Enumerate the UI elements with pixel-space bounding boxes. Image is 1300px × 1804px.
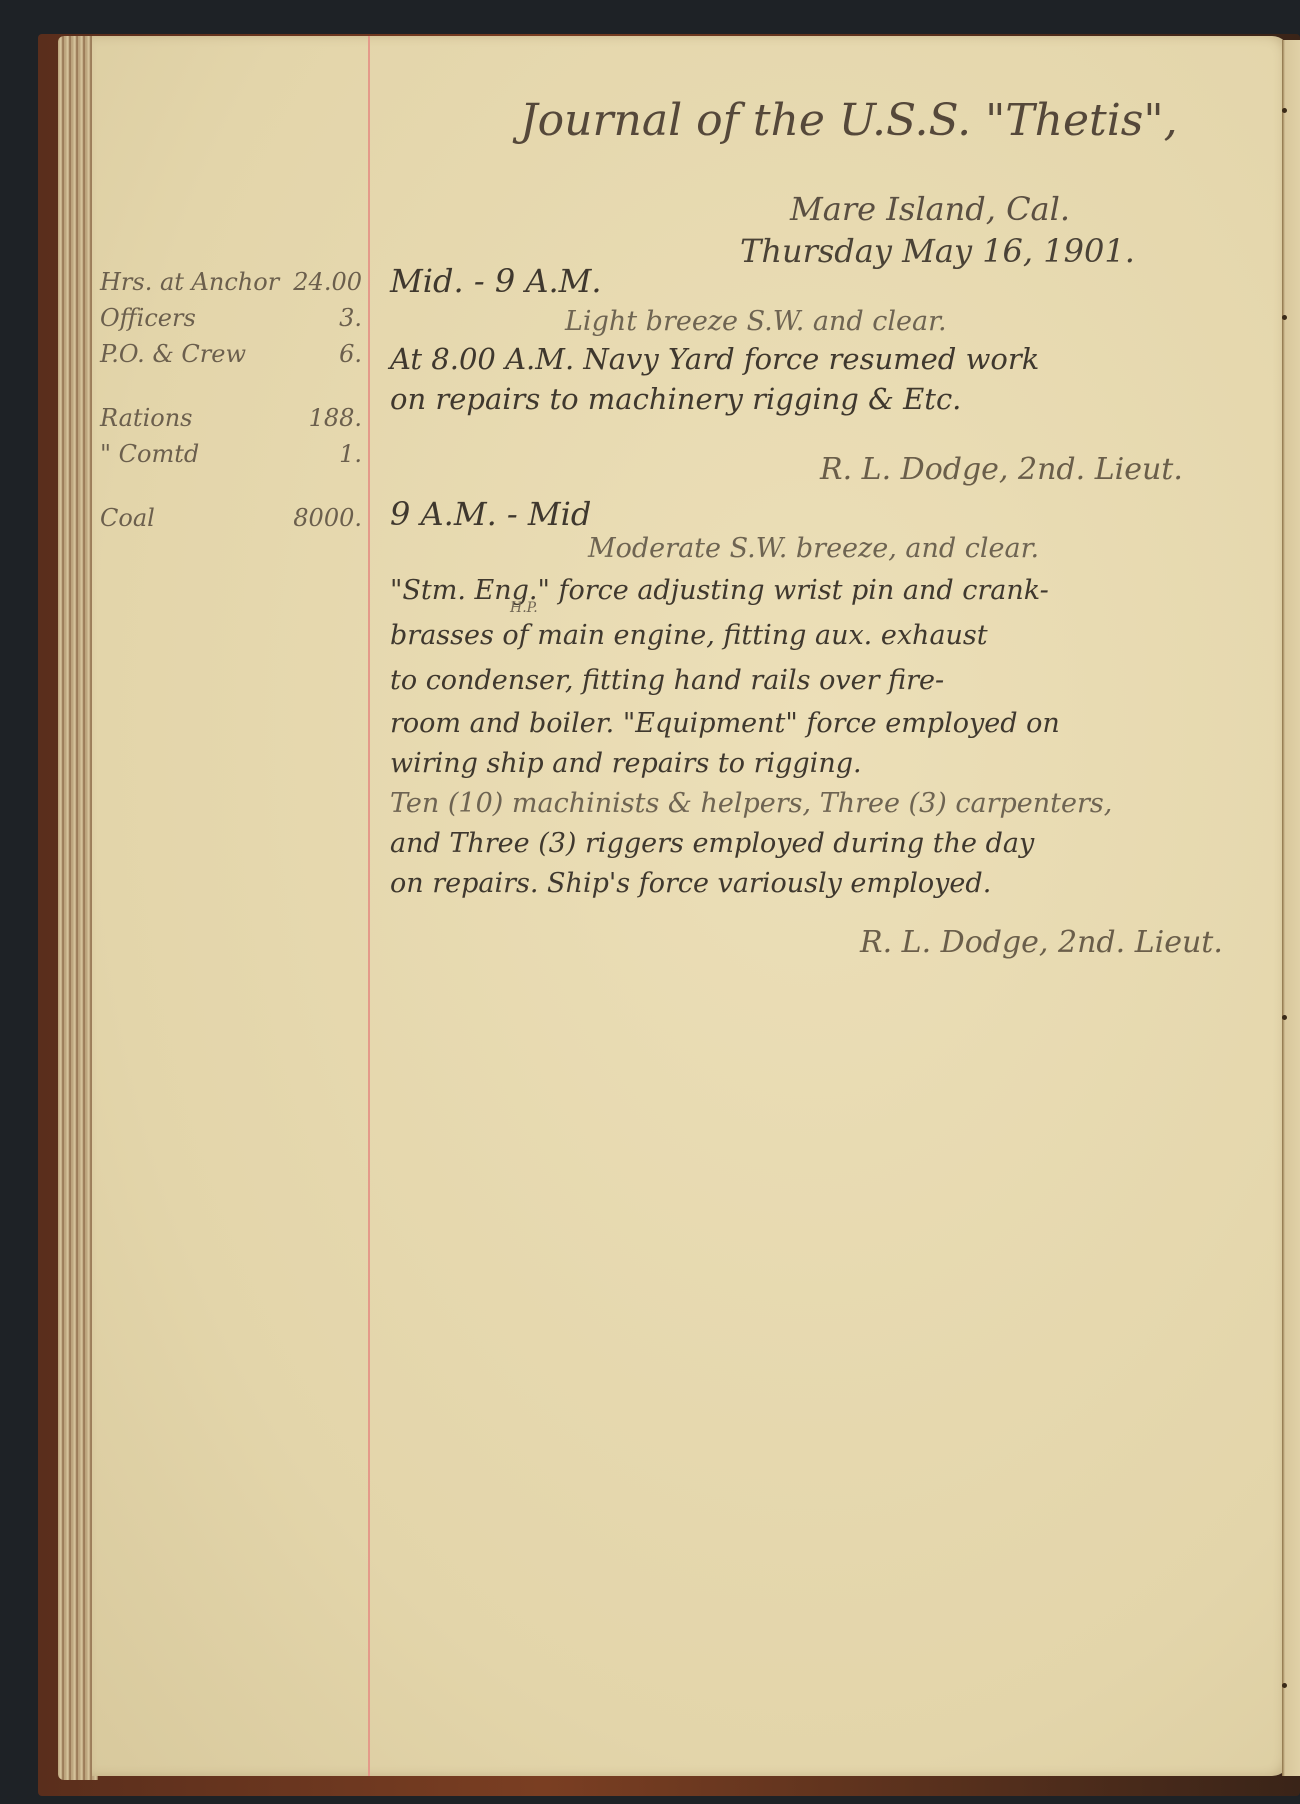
binding-stitch: [1282, 108, 1287, 113]
entry-line: Ten (10) machinists & helpers, Three (3)…: [390, 788, 1112, 819]
entry-line: to condenser, fitting hand rails over fi…: [390, 665, 944, 696]
watch-heading: Mid. - 9 A.M.: [390, 262, 602, 300]
signature: R. L. Dodge, 2nd. Lieut.: [820, 452, 1183, 487]
tally-value: 8000.: [293, 504, 362, 532]
tally-label: Officers: [100, 304, 196, 332]
tally-label: " Comtd: [100, 440, 199, 468]
insert-note: H.P.: [510, 600, 538, 616]
tally-row: Rations 188.: [100, 404, 362, 440]
tally-label: Hrs. at Anchor: [100, 268, 279, 296]
watch-heading: 9 A.M. - Mid: [390, 495, 591, 533]
tally-row: Hrs. at Anchor 24.00: [100, 268, 362, 304]
entry-line: on repairs. Ship's force variously emplo…: [390, 868, 991, 899]
entry-line: brasses of main engine, fitting aux. exh…: [390, 620, 988, 651]
entry-line: wiring ship and repairs to rigging.: [390, 748, 862, 779]
entry-line: "Stm. Eng." force adjusting wrist pin an…: [390, 575, 1049, 606]
tally-value: 3.: [339, 304, 362, 332]
binding-stitch: [1282, 1683, 1287, 1688]
tally-label: P.O. & Crew: [100, 340, 246, 368]
binding-stitch: [1282, 1015, 1287, 1020]
entry-line: and Three (3) riggers employed during th…: [390, 828, 1034, 859]
margin-rule: [368, 36, 370, 1776]
signature: R. L. Dodge, 2nd. Lieut.: [860, 925, 1223, 960]
tally-value: 6.: [339, 340, 362, 368]
tally-row: " Comtd 1.: [100, 440, 362, 476]
weather-note: Moderate S.W. breeze, and clear.: [588, 533, 1039, 564]
tally-label: Rations: [100, 404, 192, 432]
tally-row: Coal 8000.: [100, 504, 362, 540]
entry-line: on repairs to machinery rigging & Etc.: [390, 382, 961, 416]
tally-value: 1.: [339, 440, 362, 468]
tally-label: Coal: [100, 504, 155, 532]
tally-row: P.O. & Crew 6.: [100, 340, 362, 376]
entry-line: At 8.00 A.M. Navy Yard force resumed wor…: [390, 342, 1039, 376]
binding-stitch: [1282, 315, 1287, 320]
journal-title: Journal of the U.S.S. "Thetis",: [520, 95, 1178, 146]
journal-place: Mare Island, Cal.: [790, 190, 1070, 228]
journal-date: Thursday May 16, 1901.: [740, 232, 1135, 270]
weather-note: Light breeze S.W. and clear.: [565, 306, 947, 337]
entry-line: room and boiler. "Equipment" force emplo…: [390, 708, 1060, 739]
tally-value: 24.00: [293, 268, 362, 296]
tally-row: Officers 3.: [100, 304, 362, 340]
tally-value: 188.: [309, 404, 362, 432]
next-page-edge: [1282, 40, 1300, 1776]
margin-tally: Hrs. at Anchor 24.00 Officers 3. P.O. & …: [100, 268, 362, 540]
